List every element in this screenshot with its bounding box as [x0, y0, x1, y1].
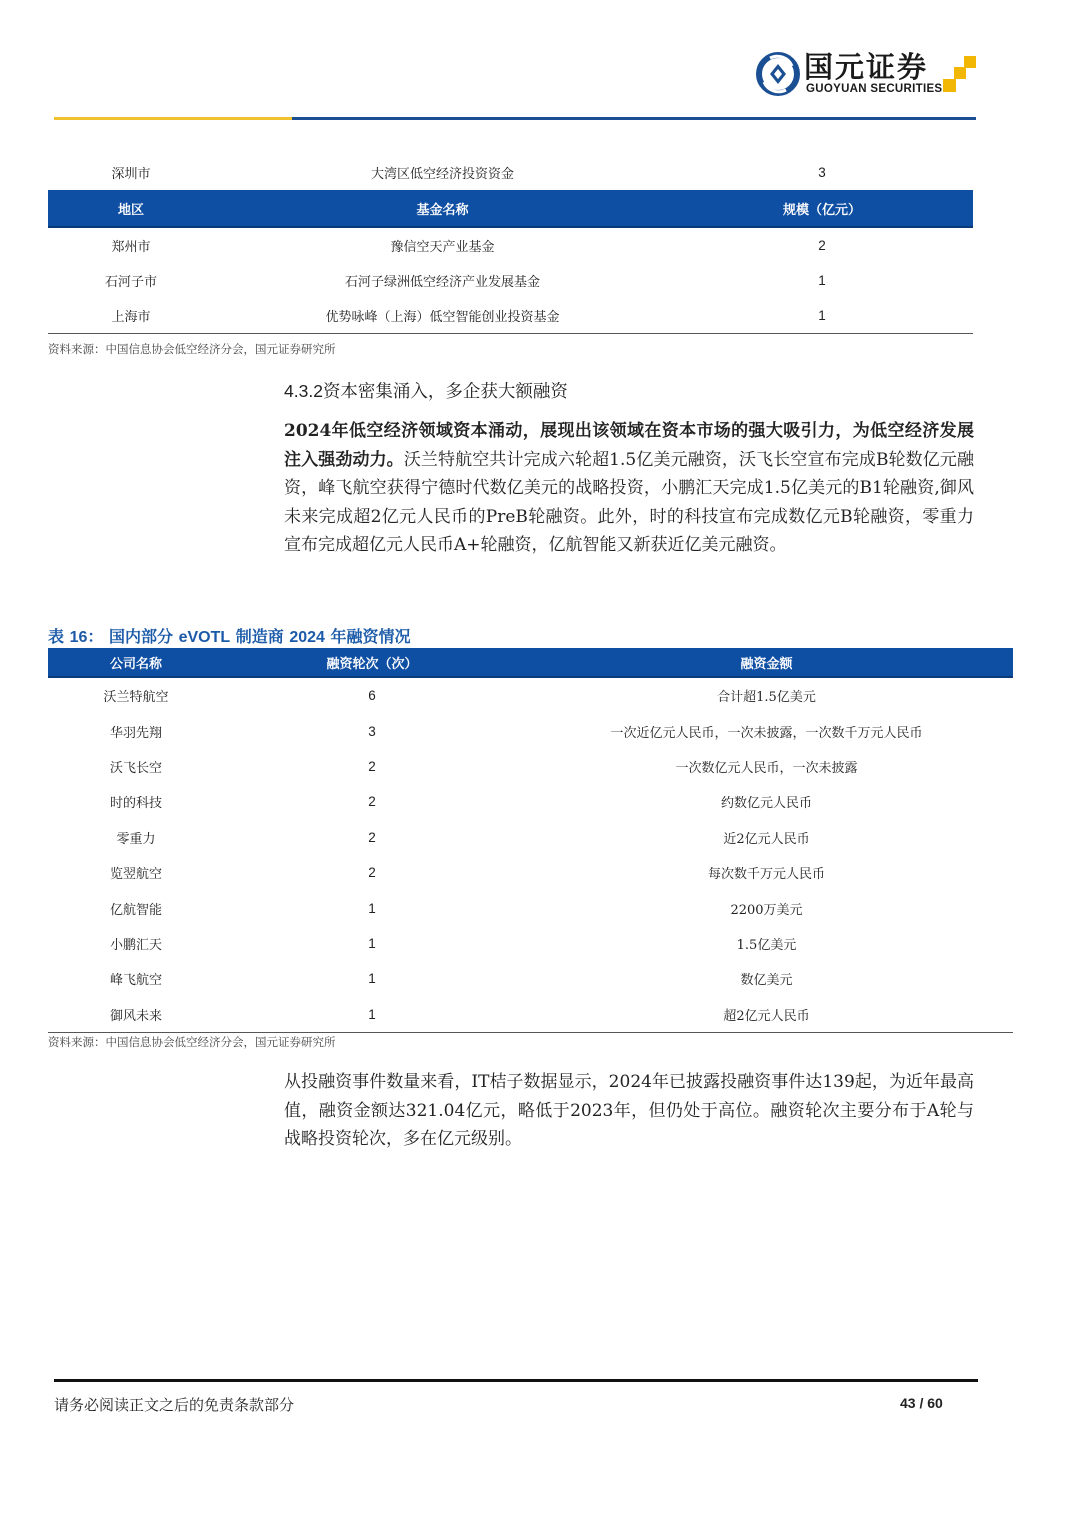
section-number: 4.3.2	[284, 381, 323, 401]
table15-source: 资料来源：中国信息协会低空经济分会，国元证券研究所	[48, 341, 336, 357]
table-row: 沃飞长空 2 一次数亿元人民币，一次未披露	[48, 749, 1013, 784]
rounds-cell: 2	[224, 749, 520, 784]
rounds-cell: 2	[224, 855, 520, 890]
logo-chinese-name: 国元证券	[804, 50, 928, 84]
rounds-cell: 1	[224, 961, 520, 996]
company-cell: 峰飞航空	[48, 961, 224, 996]
table-row: 郑州市 豫信空天产业基金 2	[48, 227, 973, 263]
header-amount: 融资金额	[520, 648, 1013, 677]
table16-title: 表 16： 国内部分 eVOTL 制造商 2024 年融资情况	[48, 624, 411, 647]
company-cell: 沃飞长空	[48, 749, 224, 784]
table-row: 深圳市 大湾区低空经济投资资金 3	[48, 155, 973, 190]
fund-name-cell: 优势咏峰（上海）低空智能创业投资基金	[214, 298, 671, 334]
guoyuan-logo: 国元证券 GUOYUAN SECURITIES	[756, 50, 981, 100]
paragraph-investment-events: 从投融资事件数量来看，IT桔子数据显示，2024年已披露投融资事件达139起，为…	[284, 1068, 974, 1154]
header-divider-gold	[54, 117, 292, 120]
paragraph-capital-inflow: 2024年低空经济领域资本涌动，展现出该领域在资本市场的强大吸引力，为低空经济发…	[284, 417, 974, 560]
table-row: 石河子市 石河子绿洲低空经济产业发展基金 1	[48, 263, 973, 298]
region-cell: 上海市	[48, 298, 214, 334]
fund-size-cell: 3	[671, 155, 973, 190]
rounds-cell: 1	[224, 890, 520, 925]
header-divider-blue	[292, 117, 976, 120]
table16-source: 资料来源：中国信息协会低空经济分会，国元证券研究所	[48, 1034, 336, 1050]
page-number: 43 / 60	[900, 1395, 943, 1411]
amount-cell: 合计超1.5亿美元	[520, 677, 1013, 713]
header-fund-name: 基金名称	[214, 190, 671, 227]
rounds-cell: 1	[224, 926, 520, 961]
amount-cell: 一次近亿元人民币，一次未披露，一次数千万元人民币	[520, 713, 1013, 748]
header-rounds: 融资轮次（次）	[224, 648, 520, 677]
fund-name-cell: 大湾区低空经济投资资金	[214, 155, 671, 190]
table-row: 华羽先翔 3 一次近亿元人民币，一次未披露，一次数千万元人民币	[48, 713, 1013, 748]
table-row: 峰飞航空 1 数亿美元	[48, 961, 1013, 996]
company-cell: 亿航智能	[48, 890, 224, 925]
fund-table: 深圳市 大湾区低空经济投资资金 3 地区 基金名称 规模（亿元） 郑州市 豫信空…	[48, 155, 973, 334]
amount-cell: 1.5亿美元	[520, 926, 1013, 961]
header-region: 地区	[48, 190, 214, 227]
footer-disclaimer: 请务必阅读正文之后的免责条款部分	[54, 1394, 294, 1415]
company-cell: 时的科技	[48, 784, 224, 819]
amount-cell: 约数亿元人民币	[520, 784, 1013, 819]
table-header-row: 公司名称 融资轮次（次） 融资金额	[48, 648, 1013, 677]
header-fund-size: 规模（亿元）	[671, 190, 973, 227]
section-heading: 4.3.2资本密集涌入，多企获大额融资	[284, 378, 568, 403]
fund-size-cell: 1	[671, 298, 973, 334]
company-cell: 小鹏汇天	[48, 926, 224, 961]
footer-divider	[54, 1379, 978, 1382]
table-row: 览翌航空 2 每次数千万元人民币	[48, 855, 1013, 890]
amount-cell: 一次数亿元人民币，一次未披露	[520, 749, 1013, 784]
company-cell: 览翌航空	[48, 855, 224, 890]
table-row: 亿航智能 1 2200万美元	[48, 890, 1013, 925]
rounds-cell: 2	[224, 784, 520, 819]
company-cell: 华羽先翔	[48, 713, 224, 748]
header-company: 公司名称	[48, 648, 224, 677]
fund-size-cell: 2	[671, 227, 973, 263]
amount-cell: 2200万美元	[520, 890, 1013, 925]
fund-name-cell: 豫信空天产业基金	[214, 227, 671, 263]
company-cell: 御风未来	[48, 997, 224, 1033]
rounds-cell: 1	[224, 997, 520, 1033]
guoyuan-logo-mark-icon	[756, 52, 800, 96]
rounds-cell: 6	[224, 677, 520, 713]
table-row: 零重力 2 近2亿元人民币	[48, 820, 1013, 855]
company-cell: 沃兰特航空	[48, 677, 224, 713]
region-cell: 石河子市	[48, 263, 214, 298]
fund-size-cell: 1	[671, 263, 973, 298]
table-row: 御风未来 1 超2亿元人民币	[48, 997, 1013, 1033]
region-cell: 郑州市	[48, 227, 214, 263]
amount-cell: 每次数千万元人民币	[520, 855, 1013, 890]
company-cell: 零重力	[48, 820, 224, 855]
table-header-row: 地区 基金名称 规模（亿元）	[48, 190, 973, 227]
fund-name-cell: 石河子绿洲低空经济产业发展基金	[214, 263, 671, 298]
table-row: 上海市 优势咏峰（上海）低空智能创业投资基金 1	[48, 298, 973, 334]
rounds-cell: 3	[224, 713, 520, 748]
section-title: 资本密集涌入，多企获大额融资	[323, 382, 568, 402]
region-cell: 深圳市	[48, 155, 214, 190]
table-row: 时的科技 2 约数亿元人民币	[48, 784, 1013, 819]
logo-english-name: GUOYUAN SECURITIES	[806, 83, 942, 95]
table-row: 沃兰特航空 6 合计超1.5亿美元	[48, 677, 1013, 713]
amount-cell: 近2亿元人民币	[520, 820, 1013, 855]
evtol-financing-table: 公司名称 融资轮次（次） 融资金额 沃兰特航空 6 合计超1.5亿美元 华羽先翔…	[48, 648, 1013, 1033]
logo-gold-squares-icon	[942, 54, 978, 94]
table-row: 小鹏汇天 1 1.5亿美元	[48, 926, 1013, 961]
amount-cell: 数亿美元	[520, 961, 1013, 996]
rounds-cell: 2	[224, 820, 520, 855]
amount-cell: 超2亿元人民币	[520, 997, 1013, 1033]
